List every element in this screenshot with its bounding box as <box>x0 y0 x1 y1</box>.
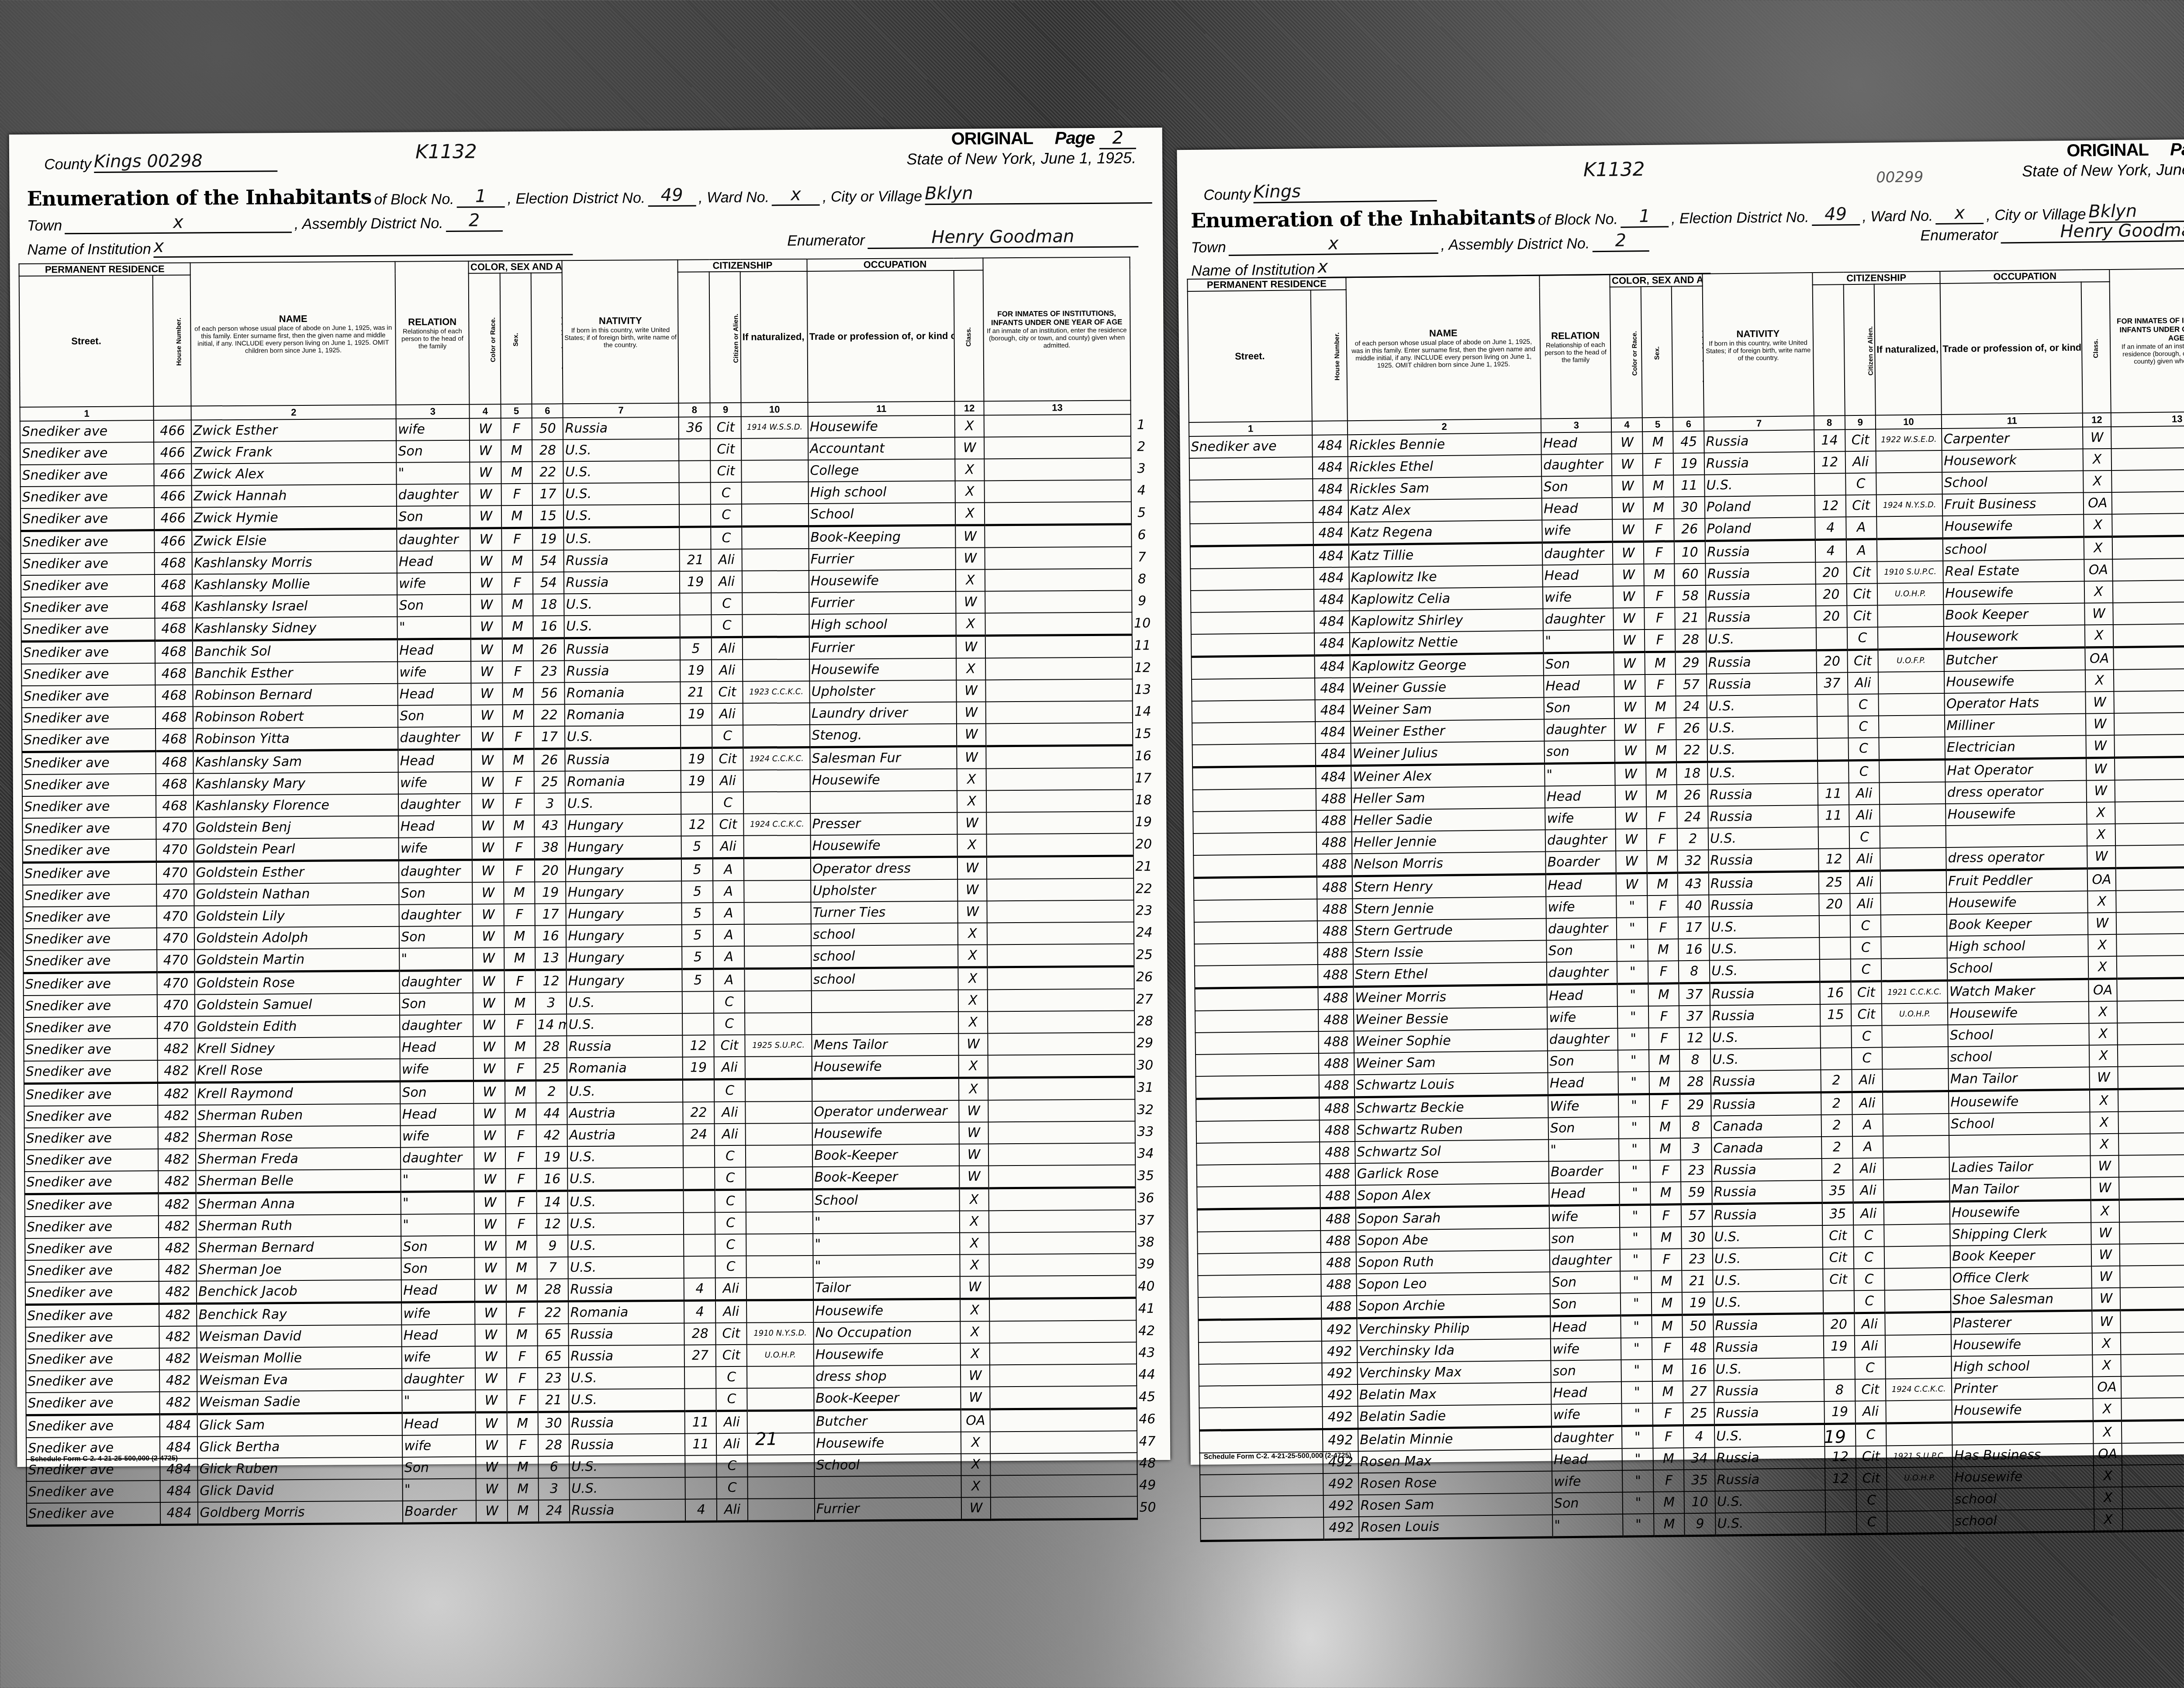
street-cell: Snediker ave <box>23 884 156 907</box>
class-cell: X <box>955 502 985 525</box>
street-cell <box>1196 1142 1320 1165</box>
occupation-cell: Housewife <box>812 1055 959 1079</box>
color-cell: W <box>473 948 505 970</box>
nativity-cell: Poland <box>1705 517 1815 541</box>
header-color-text: Color or Race. <box>489 318 497 363</box>
house-number-cell: 484 <box>159 1414 197 1437</box>
name-cell: Kaplowitz Shirley <box>1349 609 1543 633</box>
naturalized-cell <box>743 703 810 725</box>
street-cell: Snediker ave <box>24 1149 158 1172</box>
inmate-residence-cell <box>2118 1110 2184 1134</box>
color-cell: W <box>1614 696 1645 719</box>
class-cell: W <box>957 680 986 702</box>
citizen-status-cell: Ali <box>712 637 743 660</box>
relation-cell: Son <box>1544 652 1614 675</box>
occupation-cell <box>812 990 959 1013</box>
citizen-status-cell: Ali <box>712 770 743 792</box>
sex-cell: M <box>505 1080 536 1103</box>
citizen-status-cell: C <box>1851 1025 1882 1048</box>
name-cell: Goldstein Rose <box>195 971 400 994</box>
col-number: 3 <box>396 405 470 419</box>
citizen-status-cell: C <box>1854 1268 1885 1290</box>
citizen-status-cell: C <box>715 1145 746 1167</box>
nativity-cell: U.S. <box>565 792 681 815</box>
relation-cell: wife <box>1542 519 1613 543</box>
class-cell: X <box>2087 824 2115 846</box>
name-cell: Kaplowitz Ike <box>1349 565 1543 589</box>
street-cell <box>1189 479 1313 502</box>
occupation-cell: school <box>811 923 958 946</box>
sex-cell: F <box>505 1169 537 1191</box>
nativity-cell: Hungary <box>566 858 681 882</box>
color-cell: W <box>1612 497 1643 519</box>
street-cell <box>1195 1031 1319 1055</box>
naturalized-cell <box>1884 1246 1951 1269</box>
class-cell: X <box>958 923 987 944</box>
occupation-cell: High school <box>1947 935 2088 958</box>
sex-cell: F <box>1653 1470 1684 1492</box>
naturalized-cell <box>1877 605 1944 627</box>
name-cell: Goldstein Samuel <box>195 993 400 1017</box>
relation-cell: daughter <box>398 794 472 816</box>
house-number-cell: 484 <box>1312 435 1348 457</box>
years-in-us-cell: 11 <box>685 1411 716 1434</box>
inmate-residence-cell <box>2117 955 2184 979</box>
years-in-us-cell <box>679 439 710 460</box>
inmate-residence-cell <box>989 1231 1136 1254</box>
color-cell: " <box>1621 1381 1652 1404</box>
row-number: 25 <box>1134 944 1154 966</box>
occupation-cell: School <box>813 1188 960 1212</box>
house-number-cell: 488 <box>1318 942 1353 965</box>
header-name: NAMEof each person whose usual place of … <box>1346 276 1541 421</box>
years-in-us-cell <box>1820 1026 1851 1048</box>
census-sheet-page-3: ORIGINAL Page 3 State of New York, June … <box>1177 138 2184 1465</box>
sex-cell: M <box>501 550 533 572</box>
citizen-status-cell: C <box>1851 1047 1882 1069</box>
occupation-cell: Housework <box>1942 449 2083 472</box>
color-cell: W <box>474 1103 505 1125</box>
enumerator-signature: Henry Goodman <box>2001 219 2184 243</box>
occupation-cell: Housewife <box>810 769 957 792</box>
naturalized-cell <box>1882 1047 1949 1069</box>
citizen-status-cell: Ali <box>1849 848 1880 871</box>
house-number-cell: 482 <box>158 1127 196 1149</box>
naturalized-cell <box>744 858 811 880</box>
years-in-us-cell <box>683 1013 714 1035</box>
name-cell: Garlick Rose <box>1355 1161 1549 1185</box>
class-cell: OA <box>2087 868 2116 891</box>
sex-cell: M <box>506 1235 537 1257</box>
house-number-cell: 492 <box>1322 1363 1358 1385</box>
street-cell: Snediker ave <box>22 796 156 818</box>
street-cell <box>1191 633 1315 657</box>
inmate-residence-cell <box>2111 469 2184 492</box>
inmate-residence-cell <box>989 1253 1136 1276</box>
color-cell: " <box>1617 939 1648 962</box>
occupation-cell: Shipping Clerk <box>1950 1222 2091 1245</box>
census-table: PERMANENT RESIDENCE NAMEof each person w… <box>19 256 1158 1527</box>
name-cell: Weisman Sadie <box>197 1391 402 1414</box>
years-in-us-cell: 19 <box>683 1057 714 1079</box>
street-cell <box>1190 501 1313 524</box>
inmate-residence-cell <box>986 723 1133 746</box>
naturalized-cell <box>1883 1157 1950 1180</box>
nativity-cell: Russia <box>1714 1336 1824 1359</box>
sex-cell: M <box>1648 939 1679 961</box>
age-cell: 9 <box>537 1235 568 1257</box>
nativity-cell: Russia <box>1708 849 1818 872</box>
census-table: PERMANENT RESIDENCE NAMEof each person w… <box>1187 267 2184 1542</box>
inmate-residence-cell <box>2120 1309 2184 1333</box>
house-number-cell: 488 <box>1320 1141 1355 1164</box>
sex-cell: F <box>1648 1027 1679 1050</box>
years-in-us-cell: 20 <box>1823 1313 1854 1336</box>
inmate-residence-cell <box>2119 1154 2184 1177</box>
class-cell: W <box>957 857 987 879</box>
schedule-form-footer: Schedule Form C-2. 4-21-25-500,000 (2-47… <box>30 1455 178 1463</box>
age-cell: 17 <box>534 726 565 749</box>
name-cell: Kashlansky Israel <box>193 595 397 618</box>
inmate-residence-cell <box>2121 1332 2184 1355</box>
citizen-status-cell: Ali <box>1852 1092 1883 1114</box>
name-cell: Sherman Ruben <box>196 1104 401 1127</box>
class-cell: X <box>2090 1134 2119 1156</box>
name-cell: Goldberg Morris <box>198 1501 403 1525</box>
occupation-cell: Butcher <box>1944 647 2085 671</box>
age-cell: 43 <box>534 815 566 837</box>
header-street: Street. <box>19 275 154 407</box>
inmate-residence-cell <box>989 1275 1136 1299</box>
street-cell: Snediker ave <box>23 839 156 862</box>
sex-cell: F <box>503 726 534 749</box>
naturalized-cell <box>1876 450 1942 473</box>
header-citizenship: CITIZENSHIP <box>678 259 807 272</box>
row-number: 7 <box>1132 547 1152 568</box>
inmate-residence-cell <box>988 1121 1135 1144</box>
sex-cell: F <box>505 1191 537 1214</box>
relation-cell: " <box>403 1479 476 1501</box>
color-cell: W <box>1612 432 1643 454</box>
color-cell: W <box>1616 873 1647 896</box>
street-cell: Snediker ave <box>20 464 154 487</box>
citizen-status-cell: C <box>1853 1224 1884 1247</box>
header-inmates-instructions: If an inmate of an institution, enter th… <box>2112 342 2184 365</box>
age-cell: 28 <box>537 1279 569 1301</box>
name-cell: Goldstein Benj <box>194 816 399 839</box>
age-cell: 29 <box>1676 651 1707 674</box>
inmate-residence-cell <box>990 1364 1137 1387</box>
age-cell: 11 <box>1674 475 1705 497</box>
row-number: 12 <box>1132 657 1152 679</box>
sex-cell: M <box>1643 497 1674 519</box>
age-cell: 28 <box>536 1036 567 1058</box>
header-citizen-or-alien: Citizen or Alien. <box>1843 284 1876 416</box>
row-number-gutter <box>1130 257 1151 414</box>
relation-cell: Son <box>399 926 473 948</box>
nativity-cell: Russia <box>1706 650 1816 674</box>
color-cell: W <box>473 1014 505 1036</box>
nativity-cell: U.S. <box>1714 1358 1824 1381</box>
sex-cell: M <box>503 749 534 771</box>
occupation-cell: Presser <box>810 813 957 835</box>
years-in-us-cell: 19 <box>1824 1401 1855 1424</box>
enumerator-line: Enumerator Henry Goodman <box>787 226 1138 249</box>
row-number: 46 <box>1137 1408 1157 1431</box>
age-cell: 57 <box>1681 1204 1712 1227</box>
nativity-cell: U.S. <box>1709 916 1819 939</box>
naturalized-cell <box>1880 847 1946 871</box>
sex-cell: M <box>1651 1227 1682 1249</box>
inmate-residence-cell <box>986 768 1133 790</box>
occupation-cell: school <box>1953 1487 2094 1510</box>
street-cell <box>1192 766 1316 790</box>
naturalized-cell: 1910 S.U.P.C. <box>1877 561 1943 584</box>
inmate-residence-cell <box>988 1077 1135 1100</box>
age-cell: 43 <box>1678 872 1709 895</box>
naturalized-cell <box>743 614 809 637</box>
occupation-cell: Ladies Tailor <box>1949 1156 2091 1179</box>
years-in-us-cell <box>684 1167 715 1190</box>
naturalized-cell <box>742 571 809 593</box>
color-cell: " <box>1617 917 1648 940</box>
color-cell: W <box>1615 763 1646 785</box>
nativity-cell: U.S. <box>564 615 680 638</box>
relation-cell: " <box>1552 1514 1623 1537</box>
class-cell: OA <box>2093 1443 2122 1466</box>
election-district-number: 49 <box>1811 204 1860 226</box>
row-number: 6 <box>1131 524 1151 547</box>
naturalized-cell: 1922 W.S.E.D. <box>1876 429 1942 451</box>
occupation-cell <box>1952 1421 2093 1445</box>
relation-cell: wife <box>1543 586 1614 609</box>
relation-cell: Head <box>398 683 471 706</box>
inmate-residence-cell <box>990 1408 1137 1432</box>
years-in-us-cell <box>684 1212 715 1234</box>
row-number: 2 <box>1131 436 1151 458</box>
age-cell: 24 <box>1676 696 1707 718</box>
street-cell <box>1199 1429 1323 1453</box>
class-cell: W <box>957 812 987 834</box>
citizen-status-cell: C <box>714 1013 745 1035</box>
nativity-cell: Russia <box>1709 894 1819 917</box>
inmate-residence-cell <box>2119 1221 2184 1244</box>
street-cell: Snediker ave <box>21 685 155 708</box>
street-cell: Snediker ave <box>22 729 156 752</box>
nativity-cell: Russia <box>565 660 681 683</box>
years-in-us-cell: 11 <box>685 1433 716 1455</box>
sex-cell: M <box>1649 1071 1680 1094</box>
naturalized-cell: 1925 S.U.P.C. <box>745 1034 812 1057</box>
relation-cell: " <box>1548 1139 1619 1162</box>
street-cell <box>1192 700 1316 723</box>
citizen-status-cell: C <box>711 593 743 615</box>
relation-cell: daughter <box>1548 1028 1618 1051</box>
relation-cell: Head <box>1551 1382 1622 1404</box>
class-cell: X <box>2094 1487 2122 1509</box>
inmate-residence-cell <box>2114 646 2184 670</box>
header-house-number: House Number. <box>1311 290 1348 421</box>
house-number-cell: 482 <box>159 1348 197 1370</box>
years-in-us-cell: 36 <box>679 417 710 439</box>
years-in-us-cell: 19 <box>681 770 712 792</box>
street-cell <box>1191 611 1314 634</box>
film-stamp: K1132 <box>1583 158 1645 181</box>
inmate-residence-cell <box>2119 1176 2184 1200</box>
house-number-cell: 468 <box>156 729 194 751</box>
row-number: 35 <box>1135 1165 1155 1187</box>
naturalized-cell <box>1880 804 1946 827</box>
naturalized-cell <box>1878 626 1944 650</box>
relation-cell: son <box>1549 1228 1620 1250</box>
naturalized-cell <box>745 1079 812 1101</box>
naturalized-cell <box>1886 1400 1952 1423</box>
house-number-cell: 482 <box>158 1149 196 1171</box>
header-sex-text: Sex. <box>1653 346 1661 360</box>
name-cell: Stern Henry <box>1352 874 1546 899</box>
relation-cell: Son <box>398 705 471 727</box>
color-cell: W <box>1614 608 1645 630</box>
house-number-cell: 484 <box>1315 655 1350 678</box>
name-cell: Sherman Bernard <box>197 1236 401 1259</box>
col-number: 4 <box>470 404 501 418</box>
street-cell <box>1194 943 1318 966</box>
years-in-us-cell: 19 <box>680 571 711 593</box>
relation-cell: wife <box>397 661 471 684</box>
age-cell: 23 <box>1681 1160 1712 1182</box>
name-cell: Weiner Morris <box>1353 985 1547 1009</box>
relation-cell: Head <box>1545 785 1616 808</box>
county-value: Kings 00298 <box>94 150 277 173</box>
occupation-cell: Accountant <box>808 437 955 460</box>
occupation-cell: Stenog. <box>810 724 957 747</box>
row-number: 30 <box>1135 1054 1155 1077</box>
sex-cell: M <box>1652 1315 1683 1338</box>
citizen-status-cell: Cit <box>710 417 742 439</box>
county-label: County <box>1203 187 1251 204</box>
color-cell: W <box>470 550 502 572</box>
color-cell: " <box>1622 1470 1653 1492</box>
occupation-cell: Book-Keeper <box>812 1166 960 1190</box>
color-cell: W <box>1612 475 1643 498</box>
age-cell: 26 <box>1677 785 1708 807</box>
street-cell <box>1192 678 1315 701</box>
relation-cell: Head <box>1550 1315 1621 1339</box>
years-in-us-cell <box>685 1388 716 1411</box>
inmate-residence-cell <box>2120 1243 2184 1266</box>
class-cell: X <box>2090 1089 2118 1112</box>
naturalized-cell <box>1879 715 1945 738</box>
sex-cell: F <box>501 484 532 505</box>
occupation-cell: Butcher <box>814 1409 961 1433</box>
ward-number: x <box>1935 203 1984 225</box>
occupation-cell: Turner Ties <box>811 901 958 924</box>
citizen-status-cell: Cit <box>1846 584 1877 606</box>
nativity-cell: Russia <box>1712 1203 1822 1226</box>
street-cell <box>1198 1252 1321 1276</box>
age-cell: 60 <box>1675 564 1706 586</box>
col-number: 13 <box>984 400 1131 415</box>
occupation-cell <box>812 1012 959 1034</box>
sex-cell: M <box>1643 475 1674 497</box>
ward-label: , Ward No. <box>698 189 769 206</box>
color-cell: " <box>1617 896 1648 918</box>
name-cell: Robinson Robert <box>193 706 398 729</box>
class-cell: X <box>2089 1023 2118 1045</box>
nativity-cell: U.S. <box>1711 1048 1821 1071</box>
nativity-cell: U.S. <box>563 505 679 528</box>
color-cell: W <box>475 1324 507 1346</box>
sex-cell: M <box>501 505 533 528</box>
sex-cell: F <box>501 418 532 440</box>
class-cell: W <box>2086 713 2115 736</box>
sex-cell: M <box>1649 1049 1680 1072</box>
class-cell: X <box>2093 1421 2122 1443</box>
color-cell: W <box>1614 718 1645 740</box>
enumerator-signature: Henry Goodman <box>867 226 1138 249</box>
citizen-status-cell: Ali <box>1849 783 1880 805</box>
occupation-cell: Housewife <box>1946 802 2087 826</box>
years-in-us-cell <box>1817 694 1848 716</box>
citizen-status-cell: A <box>713 881 744 903</box>
years-in-us-cell: 22 <box>683 1102 715 1124</box>
nativity-cell: Russia <box>1712 1180 1822 1204</box>
header-nativity-instructions: If born in this country, write United St… <box>564 326 677 349</box>
col-number: 8 <box>679 403 710 417</box>
occupation-cell: Upholster <box>809 680 957 703</box>
header-inmates-title: FOR INMATES OF INSTITUTIONS, INFANTS UND… <box>985 309 1129 327</box>
relation-cell: Son <box>402 1457 476 1479</box>
years-in-us-cell: 5 <box>681 836 713 858</box>
sex-cell: F <box>503 793 535 815</box>
age-cell: 23 <box>1682 1249 1713 1271</box>
color-cell: W <box>471 616 502 639</box>
nativity-cell: U.S. <box>567 992 682 1014</box>
inmate-residence-cell <box>984 436 1131 459</box>
citizen-status-cell: A <box>713 858 744 881</box>
name-cell: Nelson Morris <box>1352 852 1546 876</box>
inmate-residence-cell <box>990 1496 1137 1520</box>
class-cell: X <box>2090 1112 2118 1134</box>
sex-cell: M <box>505 1036 536 1058</box>
color-cell: " <box>1619 1138 1650 1161</box>
class-cell: X <box>957 768 986 790</box>
class-cell: X <box>2088 934 2117 957</box>
naturalized-cell <box>747 1455 814 1477</box>
color-cell: W <box>470 528 502 551</box>
sex-cell: M <box>1652 1359 1683 1381</box>
relation-cell: Boarder <box>403 1501 476 1524</box>
row-number: 36 <box>1136 1187 1156 1210</box>
name-cell: Weiner Bessie <box>1354 1007 1548 1031</box>
class-cell: W <box>2091 1244 2120 1266</box>
citizen-status-cell: Ali <box>712 836 744 858</box>
color-cell: " <box>1623 1492 1654 1514</box>
years-in-us-cell: 19 <box>1824 1335 1855 1358</box>
row-number: 19 <box>1133 811 1153 833</box>
col-number: 3 <box>1541 418 1612 433</box>
citizen-status-cell: Cit <box>710 439 742 460</box>
inmate-residence-cell <box>2115 734 2184 758</box>
house-number-cell: 488 <box>1321 1274 1356 1296</box>
nativity-cell: Romania <box>565 682 681 705</box>
house-number-cell: 482 <box>157 1060 195 1083</box>
age-cell: 22 <box>537 1301 569 1324</box>
color-cell: W <box>472 837 504 860</box>
class-cell: W <box>961 1497 991 1520</box>
house-number-cell: 482 <box>158 1171 196 1193</box>
sex-cell: M <box>502 705 534 726</box>
